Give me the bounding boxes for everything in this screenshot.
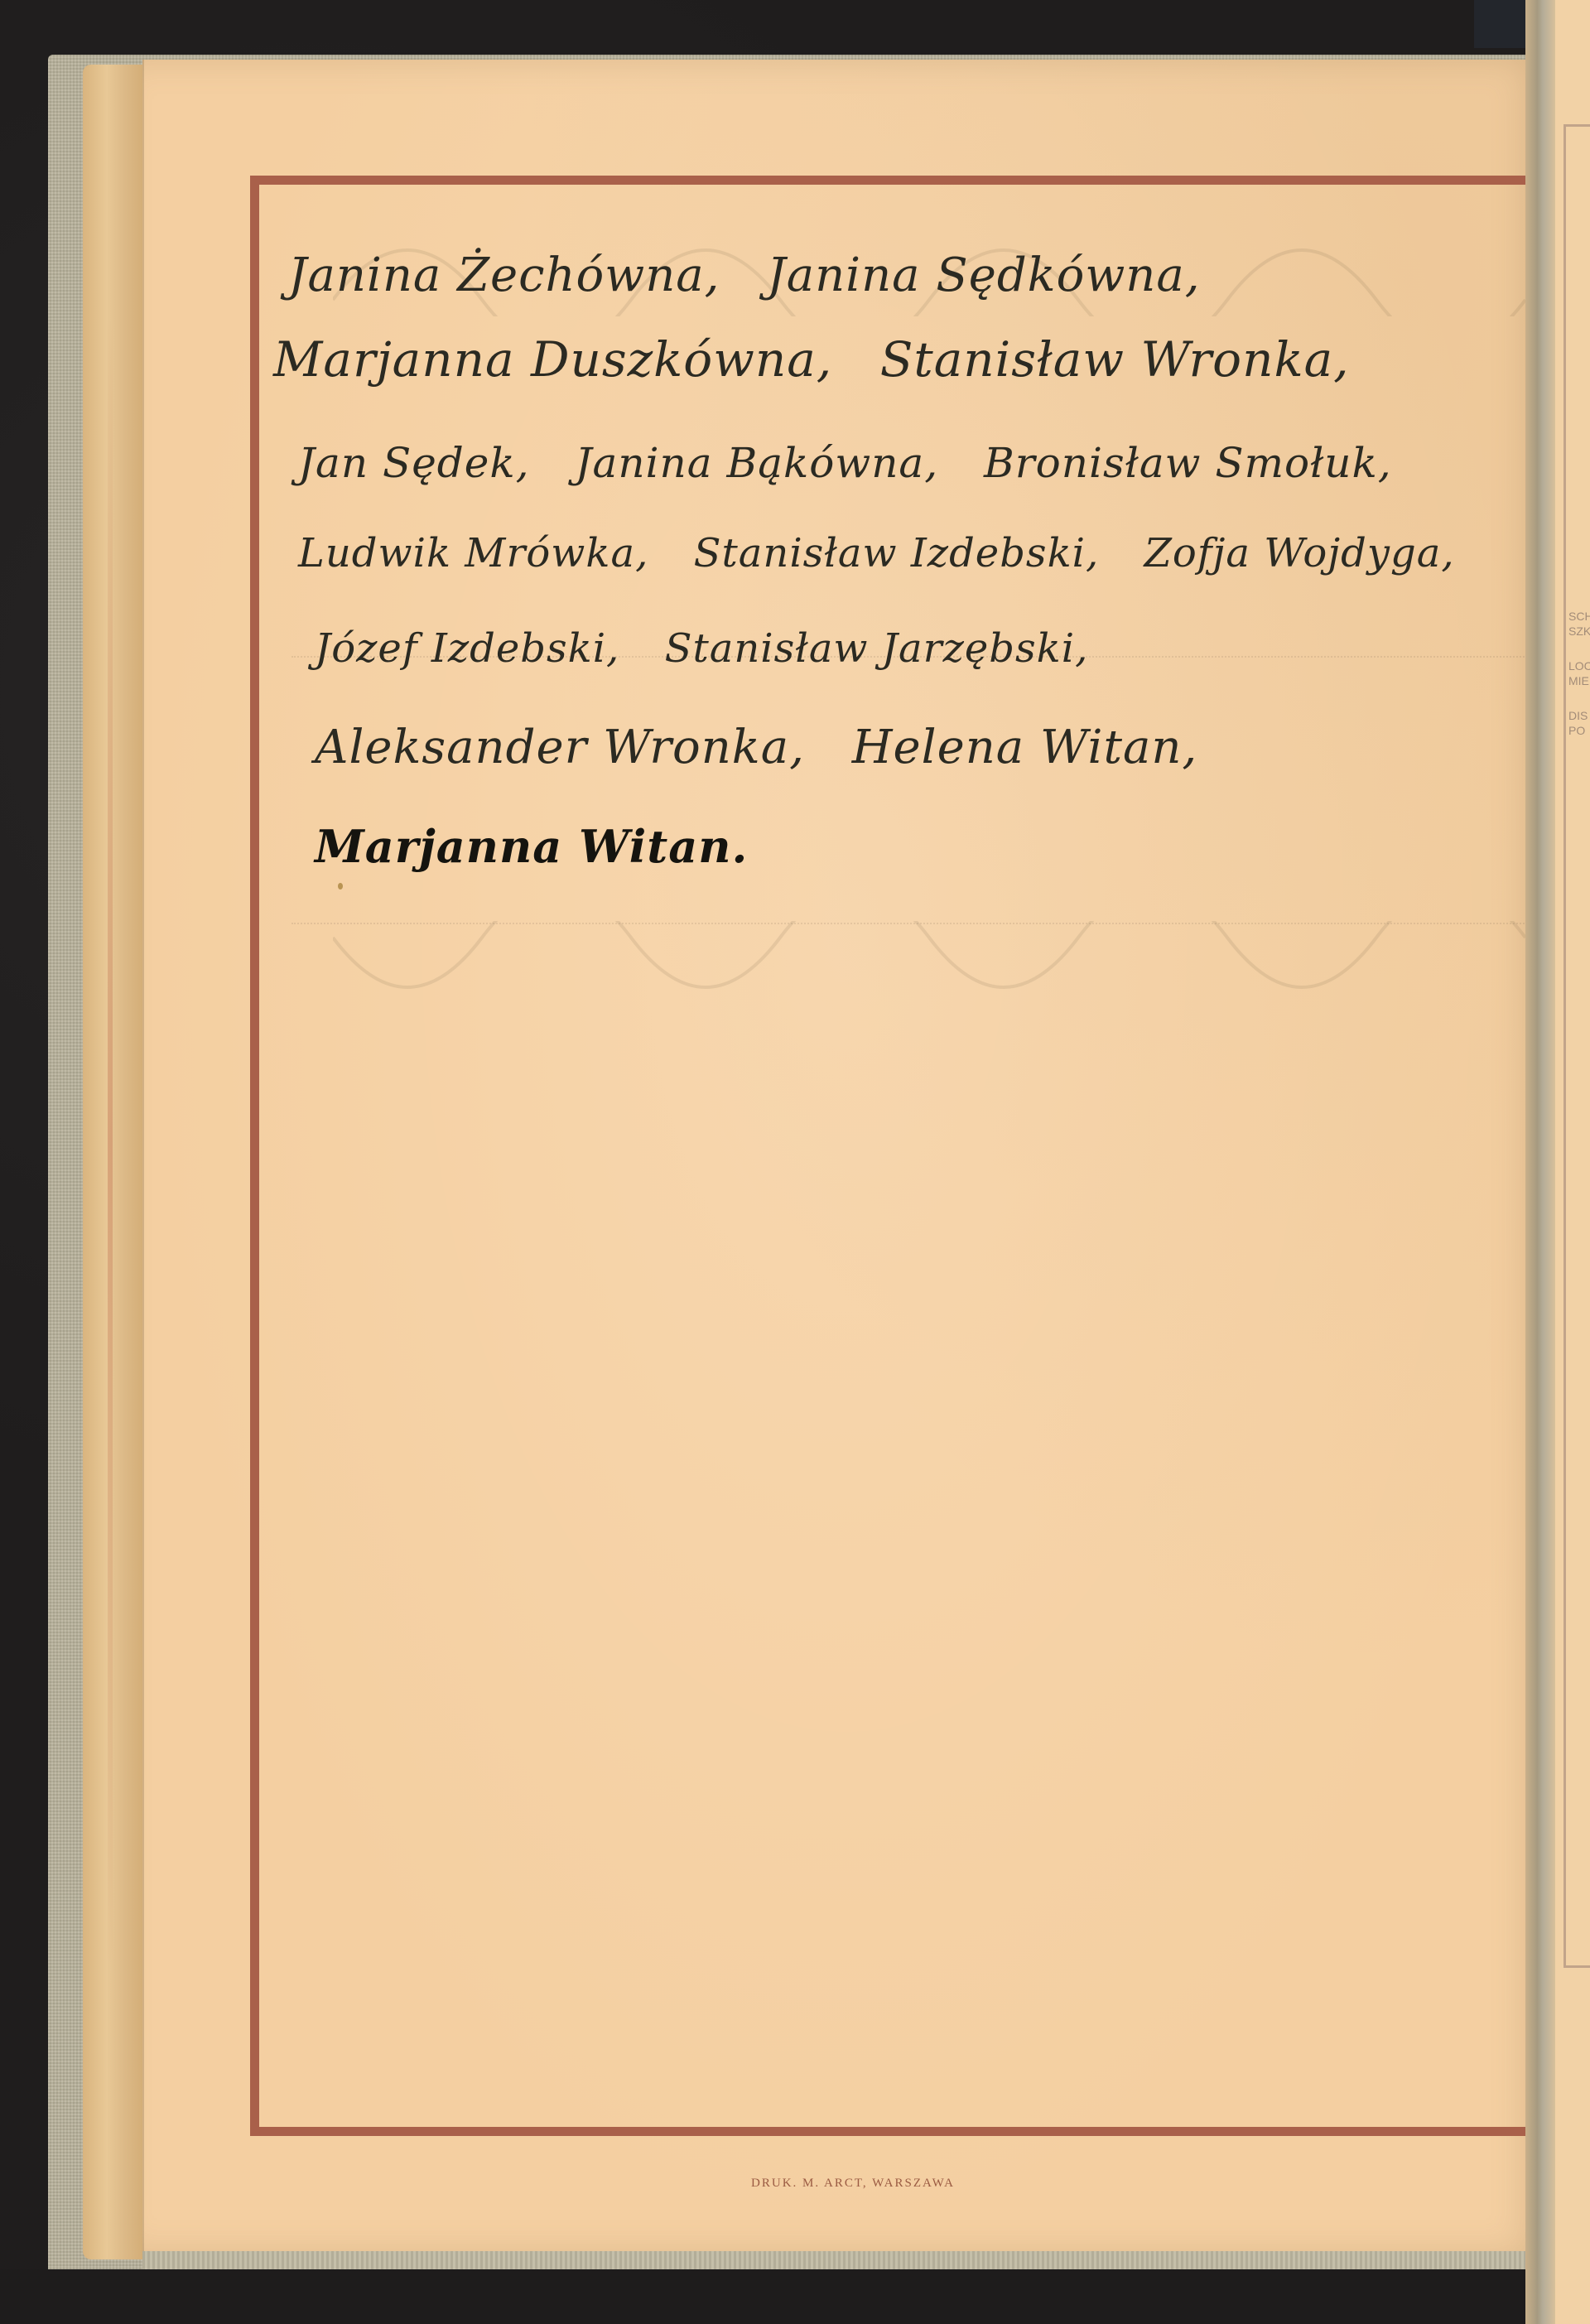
page-fold-line: [142, 60, 144, 2254]
facing-page-fragment: LOC: [1568, 658, 1590, 673]
handwritten-name: Aleksander Wronka,: [315, 721, 805, 774]
handwritten-name: Marjanna Duszkówna,: [273, 331, 832, 388]
facing-page-frame: [1563, 124, 1590, 1968]
handwritten-name: Janina Żechówna,: [288, 248, 720, 302]
facing-page-fragment: MIE: [1568, 673, 1590, 688]
facing-page-fragment: SZK: [1568, 624, 1590, 639]
printer-imprint-text: DRUK. M. ARCT, WARSZAWA: [751, 2177, 955, 2190]
handwritten-name: Janina Bąkówna,: [576, 439, 939, 487]
book-cloth-bottom-edge: [142, 2251, 1525, 2269]
facing-page: SCH SZK LOC MIE DIS PO: [1555, 0, 1590, 2324]
facing-page-fragment: DIS: [1568, 708, 1590, 723]
printer-imprint: DRUK. M. ARCT, WARSZAWA: [0, 2177, 1590, 2191]
handwritten-name: Helena Witan,: [852, 721, 1198, 774]
handwritten-name: Zofja Wojdyga,: [1144, 530, 1455, 576]
handwritten-line-3: Jan Sędek, Janina Bąkówna, Bronisław Smo…: [298, 439, 1424, 487]
handwritten-name: Józef Izdebski,: [315, 625, 619, 672]
handwritten-line-2: Marjanna Duszkówna, Stanisław Wronka,: [273, 331, 1381, 388]
facing-page-fragment: PO: [1568, 723, 1590, 738]
facing-page-fragment: SCH: [1568, 609, 1590, 624]
ink-spot: [338, 883, 343, 890]
handwritten-line-1: Janina Żechówna, Janina Sędkówna,: [288, 248, 1232, 302]
handwritten-line-7: Marjanna Witan.: [315, 820, 779, 873]
book-gutter: [1525, 0, 1555, 2324]
handwritten-name: Bronisław Smołuk,: [984, 439, 1392, 487]
handwritten-name: Stanisław Jarzębski,: [665, 625, 1089, 672]
handwritten-name: Stanisław Izdebski,: [694, 530, 1100, 576]
handwritten-line-4: Ludwik Mrówka, Stanisław Izdebski, Zofja…: [298, 530, 1486, 576]
scan-background-bottom: [0, 2269, 1590, 2324]
handwritten-name: Stanisław Wronka,: [880, 331, 1350, 388]
handwritten-line-6: Aleksander Wronka, Helena Witan,: [315, 721, 1229, 774]
page-edges: [83, 65, 142, 2259]
handwritten-line-5: Józef Izdebski, Stanisław Jarzębski,: [315, 625, 1120, 672]
handwritten-name: Ludwik Mrówka,: [298, 530, 648, 576]
handwritten-name: Jan Sędek,: [298, 439, 530, 487]
document-page: [142, 60, 1550, 2254]
handwritten-name: Janina Sędkówna,: [767, 248, 1200, 302]
handwritten-name: Marjanna Witan.: [315, 820, 748, 873]
